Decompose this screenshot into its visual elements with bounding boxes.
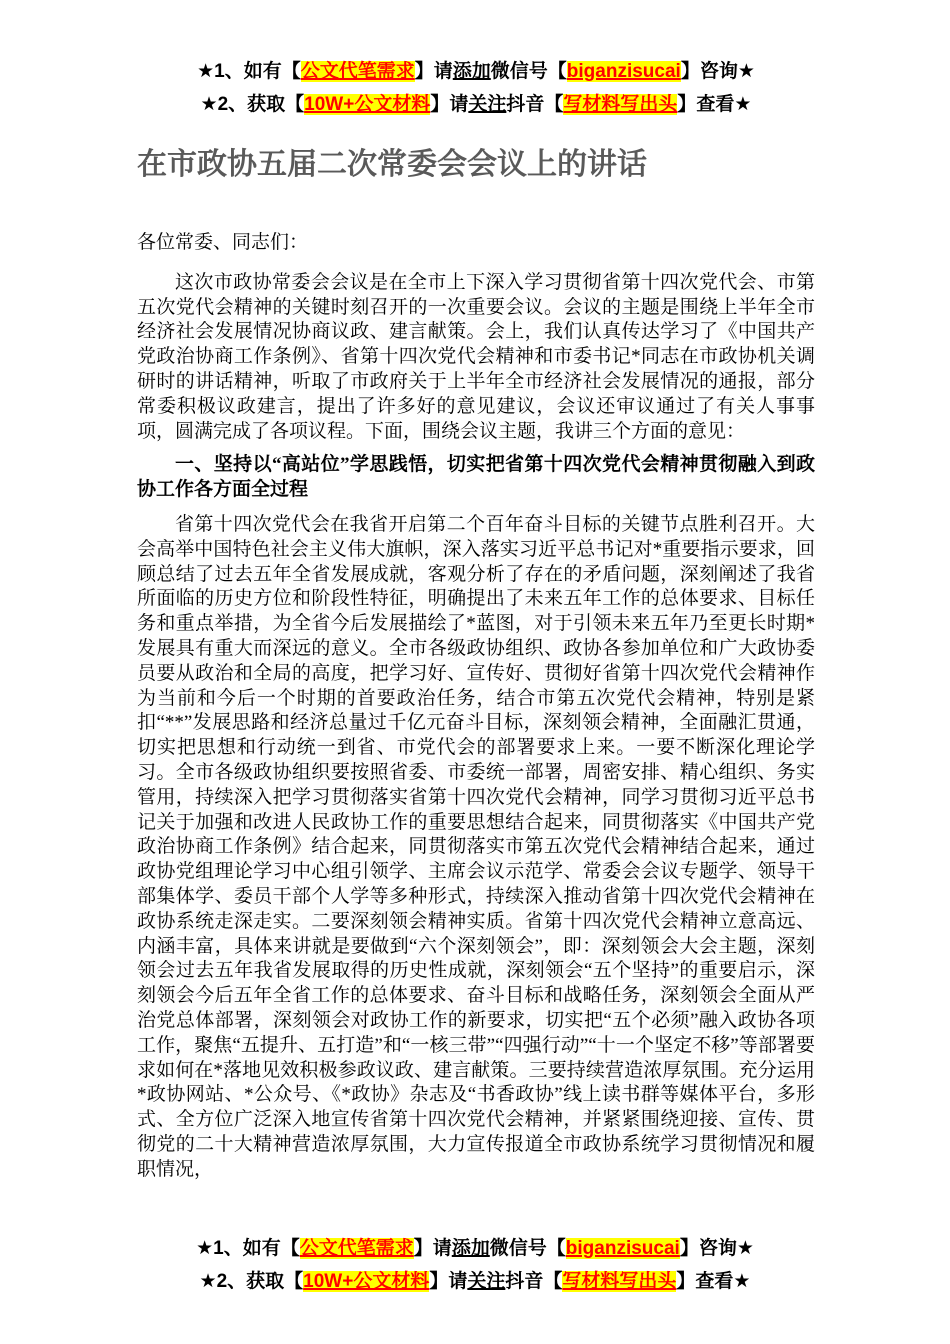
- promo-line-2: ★2、获取【10W+公文材料】请关注抖音【写材料写出头】查看★: [137, 88, 815, 121]
- promo-banner-top: ★1、如有【公文代笔需求】请添加微信号【biganzisucai】咨询★ ★2、…: [137, 55, 815, 121]
- promo-text: 】请: [415, 61, 453, 82]
- promo-text: 】请: [429, 1271, 467, 1292]
- highlighted-douyin-handle: 写材料写出头: [562, 1271, 676, 1292]
- promo-text: 抖音【: [505, 1271, 562, 1292]
- promo-text: 】查看★: [677, 94, 751, 115]
- highlighted-wechat-handle: biganzisucai: [566, 1238, 680, 1259]
- promo-text: 】咨询★: [680, 1238, 754, 1259]
- promo-text: ★1、如有【: [197, 61, 301, 82]
- promo-line-2: ★2、获取【10W+公文材料】请关注抖音【写材料写出头】查看★: [0, 1265, 950, 1298]
- underlined-action: 关注: [468, 94, 506, 115]
- paragraph-intro: 这次市政协常委会会议是在全市上下深入学习贯彻省第十四次党代会、市第五次党代会精神…: [137, 271, 815, 445]
- document-page: ★1、如有【公文代笔需求】请添加微信号【biganzisucai】咨询★ ★2、…: [0, 0, 950, 1344]
- promo-text: 】查看★: [676, 1271, 750, 1292]
- section-heading-1: 一、坚持以“高站位”学思践悟，切实把省第十四次党代会精神贯彻融入到政协工作各方面…: [137, 453, 815, 503]
- promo-text: 微信号【: [491, 61, 567, 82]
- highlighted-douyin-handle: 写材料写出头: [563, 94, 677, 115]
- promo-banner-bottom: ★1、如有【公文代笔需求】请添加微信号【biganzisucai】咨询★ ★2、…: [0, 1228, 950, 1298]
- document-title: 在市政协五届二次常委会会议上的讲话: [137, 145, 815, 184]
- promo-text: 】请: [430, 94, 468, 115]
- promo-text: 抖音【: [506, 94, 563, 115]
- promo-text: 微信号【: [490, 1238, 566, 1259]
- highlighted-term: 10W+公文材料: [303, 1271, 429, 1292]
- promo-text: 】请: [414, 1238, 452, 1259]
- promo-text: ★2、获取【: [200, 1271, 304, 1292]
- highlighted-term: 公文代笔需求: [301, 61, 415, 82]
- highlighted-wechat-handle: biganzisucai: [567, 61, 681, 82]
- underlined-action: 添加: [453, 61, 491, 82]
- salutation: 各位常委、同志们：: [137, 231, 815, 256]
- promo-text: ★1、如有【: [196, 1238, 300, 1259]
- underlined-action: 关注: [467, 1271, 505, 1292]
- highlighted-term: 公文代笔需求: [300, 1238, 414, 1259]
- promo-text: ★2、获取【: [201, 94, 305, 115]
- promo-line-1: ★1、如有【公文代笔需求】请添加微信号【biganzisucai】咨询★: [0, 1232, 950, 1265]
- highlighted-term: 10W+公文材料: [304, 94, 430, 115]
- paragraph-section-1: 省第十四次党代会在我省开启第二个百年奋斗目标的关键节点胜利召开。大会高举中国特色…: [137, 513, 815, 1183]
- underlined-action: 添加: [452, 1238, 490, 1259]
- promo-line-1: ★1、如有【公文代笔需求】请添加微信号【biganzisucai】咨询★: [137, 55, 815, 88]
- promo-text: 】咨询★: [681, 61, 755, 82]
